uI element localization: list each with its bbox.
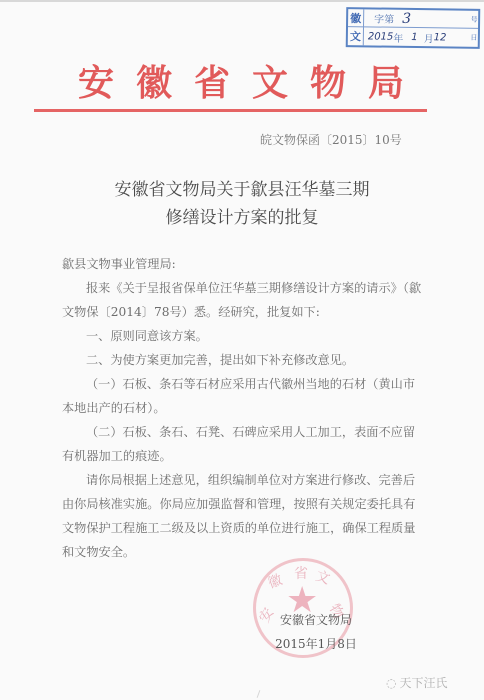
body-paragraph: 报来《关于呈报省保单位汪华墓三期修缮设计方案的请示》（歙文物保〔2014〕78号… [62,276,422,324]
receipt-stamp-year-unit: 年 [393,29,403,44]
body-paragraph: 请你局根据上述意见，组织编制单位对方案进行修改、完善后由你局核准实施。你局应加强… [62,468,422,564]
receipt-stamp-day: 12 [434,32,447,43]
receipt-stamp-month: 1 [411,31,418,42]
organization-header: 安徽省文物局 [0,55,484,106]
document-title-line-1: 安徽省文物局关于歙县汪华墓三期 [0,176,484,204]
receipt-stamp-label-bottom: 文 [348,27,364,45]
signature-block: 安徽省文物局 2015年1月8日 [266,608,366,656]
receipt-stamp-number-suffix: 号 [470,11,478,29]
receipt-stamp-day-unit: 日 [470,29,478,47]
body-paragraph: 一、原则同意该方案。 [62,324,422,348]
wechat-icon: ◌ [386,676,396,690]
body-paragraph: （一）石板、条石等石材应采用古代徽州当地的石材（黄山市本地出产的石材）。 [62,372,422,420]
receipt-stamp-month-unit: 月 [424,30,434,45]
body-paragraph: 二、为使方案更加完善，提出如下补充修改意见。 [62,348,422,372]
scan-artifact [257,690,261,698]
header-red-rule [34,109,427,112]
recipient: 歙县文物事业管理局: [62,252,422,276]
receipt-stamp-number-field: 字第 3 [364,9,470,28]
receipt-stamp-label-top: 徽 [348,9,364,27]
receipt-stamp: 徽 字第 3 号 文 2015 年 1 月 12 日 [346,7,481,49]
document-page: 徽 字第 3 号 文 2015 年 1 月 12 日 安徽省文物局 皖文物保函〔… [0,0,484,700]
receipt-stamp-date-field: 2015 年 1 月 12 [364,27,470,46]
document-title: 安徽省文物局关于歙县汪华墓三期 修缮设计方案的批复 [0,176,484,232]
receipt-stamp-year: 2015 [368,31,394,42]
document-title-line-2: 修缮设计方案的批复 [0,204,484,232]
wechat-watermark: ◌ 天下汪氏 [386,674,448,691]
watermark-text: 天下汪氏 [399,674,447,691]
signature-organization: 安徽省文物局 [266,608,366,632]
page-top-edge [0,0,484,2]
seal-arc-char: 徽 [265,569,285,593]
body-paragraph: （二）石板、条石、石凳、石碑应采用人工加工，表面不应留有机器加工的痕迹。 [62,420,422,468]
receipt-stamp-number-label: 字第 [374,10,394,25]
receipt-stamp-number-value: 3 [402,10,411,26]
document-body: 歙县文物事业管理局: 报来《关于呈报省保单位汪华墓三期修缮设计方案的请示》（歙文… [62,252,422,564]
document-number: 皖文物保函〔2015〕10号 [260,131,402,148]
signature-date: 2015年1月8日 [266,632,366,656]
